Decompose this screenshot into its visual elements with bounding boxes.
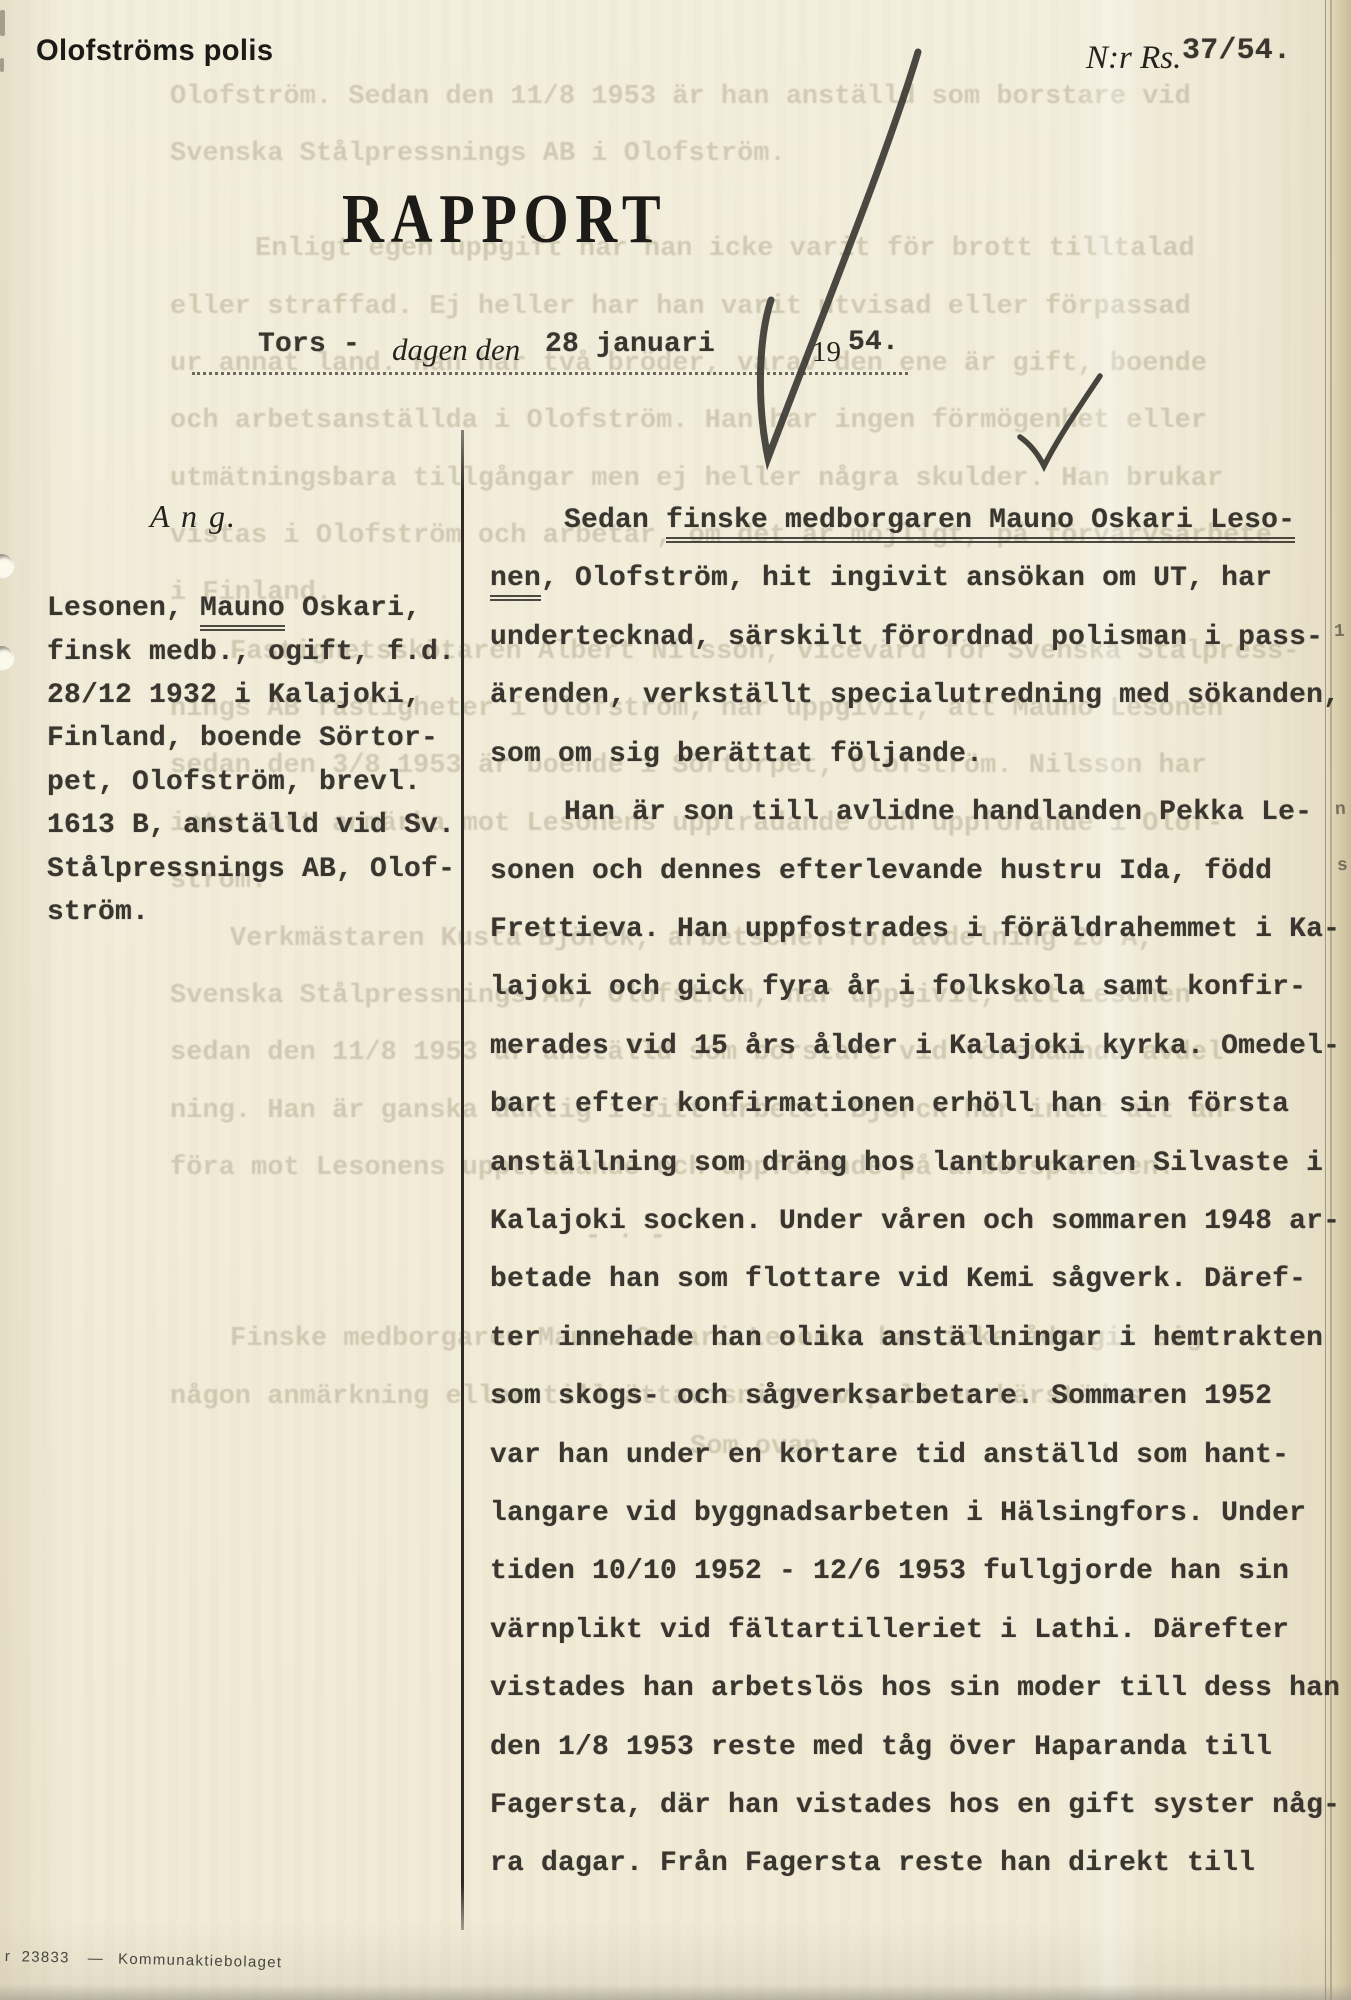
- body-line1-underlined: finske medborgaren Mauno Oskari Leso-: [666, 505, 1295, 543]
- body-line: värnplikt vid fältartilleriet i Lathi. D…: [490, 1616, 1289, 1646]
- subject-line: Finland, boende Sörtor-: [47, 724, 438, 754]
- police-department-name: Olofströms polis: [36, 34, 273, 68]
- body-line: betade han som flottare vid Kemi sågverk…: [490, 1265, 1306, 1295]
- year-typed: 54.: [848, 328, 899, 358]
- report-number-value: 37/54.: [1182, 36, 1291, 66]
- body-line: Kalajoki socken. Under våren och sommare…: [490, 1207, 1340, 1237]
- body-line: Frettieva. Han uppfostrades i föräldrahe…: [490, 915, 1340, 945]
- handwritten-checkmark-small-icon: [1008, 366, 1108, 478]
- scanned-police-report-page: Olofström. Sedan den 11/8 1953 är han an…: [0, 0, 1351, 2000]
- body-line: lajoki och gick fyra år i folkskola samt…: [490, 973, 1306, 1003]
- subject-name-line: Lesonen, Mauno Oskari,: [47, 594, 421, 624]
- edge-glyph-fragment: 1: [1334, 622, 1346, 642]
- body-line: var han under en kortare tid anställd so…: [490, 1441, 1289, 1471]
- printers-imprint: r 23833—Kommunaktiebolaget: [5, 1948, 283, 1971]
- body-line: ra dagar. Från Fagersta reste han direkt…: [490, 1849, 1255, 1879]
- paper-bottom-edge: [0, 1984, 1351, 2000]
- date-typed: 28 januari: [545, 330, 715, 360]
- body-line: anställning som dräng hos lantbrukaren S…: [490, 1149, 1323, 1179]
- subject-name-pre: Lesonen,: [47, 593, 200, 624]
- edge-speck: [0, 10, 5, 36]
- dagen-den-printed-label: dagen den: [392, 332, 520, 368]
- edge-glyph-fragment: s: [1337, 856, 1349, 876]
- year-century-printed: 19: [812, 336, 841, 369]
- subject-line: ström.: [47, 898, 149, 928]
- subject-line: pet, Olofström, brevl.: [47, 768, 421, 798]
- body-line: vistades han arbetslös hos sin moder til…: [490, 1674, 1340, 1704]
- body-line: den 1/8 1953 reste med tåg över Haparand…: [490, 1733, 1272, 1763]
- subject-line: 1613 B, anställd vid Sv.: [47, 811, 455, 841]
- body-line: som om sig berättat följande.: [490, 740, 983, 770]
- body-line: bart efter konfirmationen erhöll han sin…: [490, 1090, 1289, 1120]
- body-line: undertecknad, särskilt förordnad polisma…: [490, 623, 1323, 653]
- body-line: sonen och dennes efterlevande hustru Ida…: [490, 857, 1272, 887]
- report-title: RAPPORT: [342, 180, 667, 260]
- body-line: ter innehade han olika anställningar i h…: [490, 1324, 1323, 1354]
- regarding-label: A n g.: [150, 498, 237, 535]
- punch-hole: [0, 554, 13, 577]
- body-line: langare vid byggnadsarbeten i Hälsingfor…: [490, 1499, 1306, 1529]
- body-line: Fagersta, där han vistades hos en gift s…: [490, 1791, 1340, 1821]
- punch-hole: [0, 646, 13, 669]
- printing-company: Kommunaktiebolaget: [118, 1951, 283, 1972]
- body-line-1: Sedan finske medborgaren Mauno Oskari Le…: [564, 506, 1295, 536]
- column-divider-rule: [461, 430, 464, 1930]
- edge-speck: [0, 58, 4, 72]
- edge-glyph-fragment: n: [1335, 800, 1347, 820]
- body-line-2: nen, Olofström, hit ingivit ansökan om U…: [490, 564, 1272, 594]
- subject-name-post: Oskari,: [285, 593, 421, 624]
- body-line: merades vid 15 års ålder i Kalajoki kyrk…: [490, 1032, 1340, 1062]
- body-line: Han är son till avlidne handlanden Pekka…: [490, 798, 1312, 828]
- bleedthrough-line: eller straffad. Ej heller har han varit …: [170, 292, 1191, 322]
- body-line2-post: , Olofström, hit ingivit ansökan om UT, …: [541, 563, 1272, 594]
- subject-line: Stålpressnings AB, Olof-: [47, 855, 455, 885]
- body-line2-underlined: nen: [490, 563, 541, 601]
- imprint-dash: —: [88, 1950, 105, 1967]
- report-number-label: N:r Rs.: [1086, 40, 1181, 77]
- form-print-number: r 23833: [5, 1948, 70, 1966]
- body-line1-pre: Sedan: [564, 505, 666, 536]
- body-line: ärenden, verkställt specialutredning med…: [490, 681, 1340, 711]
- bleedthrough-line: Svenska Stålpressnings AB i Olofström.: [170, 139, 786, 169]
- subject-line: 28/12 1932 i Kalajoki,: [47, 681, 421, 711]
- subject-line: finsk medb., ogift, f.d.: [47, 638, 455, 668]
- body-line: som skogs- och sågverksarbetare. Sommare…: [490, 1382, 1272, 1412]
- weekday-typed: Tors -: [258, 330, 360, 360]
- subject-name-underlined: Mauno: [200, 593, 285, 631]
- bleedthrough-line: Olofström. Sedan den 11/8 1953 är han an…: [170, 82, 1191, 112]
- handwritten-checkmark-icon: [718, 38, 938, 488]
- body-line: tiden 10/10 1952 - 12/6 1953 fullgjorde …: [490, 1557, 1289, 1587]
